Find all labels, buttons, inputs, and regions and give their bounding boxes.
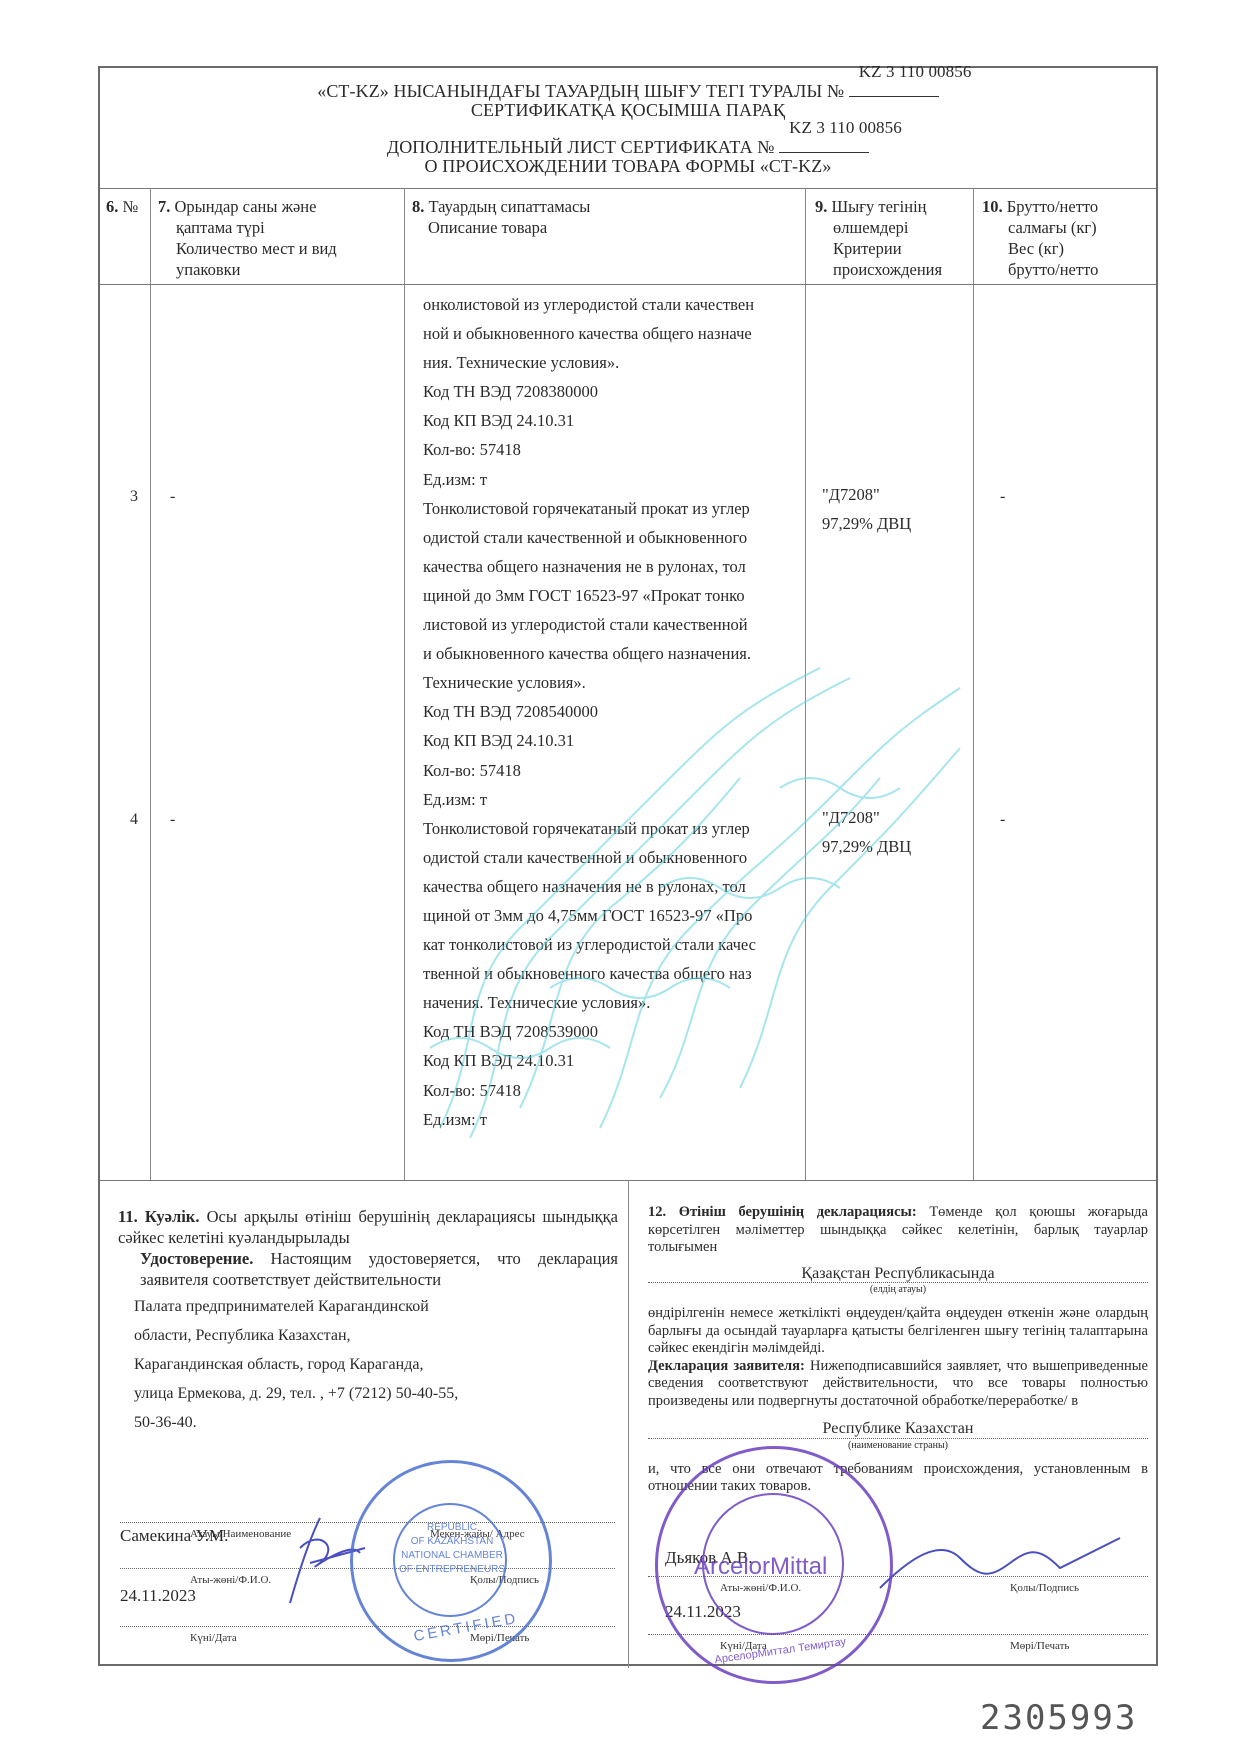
goods-description: онколистовой из углеродистой стали качес… — [423, 290, 803, 1134]
description-line: Ед.изм: т — [423, 1105, 803, 1134]
description-line: твенной и обыкновенного качества общего … — [423, 959, 803, 988]
description-line: Тонколистовой горячекатаный прокат из уг… — [423, 814, 803, 843]
criterion-value: 97,29% ДВЦ — [822, 832, 911, 861]
description-line: качества общего назначения не в рулонах,… — [423, 872, 803, 901]
certification-title-ru: Удостоверение. — [140, 1249, 253, 1268]
title-block: «СТ-KZ» НЫСАНЫНДАҒЫ ТАУАРДЫҢ ШЫҒУ ТЕГІ Т… — [100, 68, 1156, 190]
title-kz-line2: СЕРТИФИКАТҚА ҚОСЫМША ПАРАҚ — [100, 100, 1156, 121]
description-line: онколистовой из углеродистой стали качес… — [423, 290, 803, 319]
header-col8: 8. Тауардың сипаттамасы Описание товара — [412, 196, 792, 238]
chamber-stamp: REPUBLIC OF KAZAKHSTAN NATIONAL CHAMBER … — [350, 1460, 552, 1662]
criterion-value: 97,29% ДВЦ — [822, 509, 911, 538]
description-line: Технические условия». — [423, 668, 803, 697]
description-line: Код ТН ВЭД 7208539000 — [423, 1017, 803, 1046]
description-line: Код КП ВЭД 24.10.31 — [423, 726, 803, 755]
label-country-ru: (наименование страны) — [648, 1438, 1148, 1453]
header-col9: 9. Шығу тегінің өлшемдері Критерии проис… — [815, 196, 965, 280]
certificate-page: «СТ-KZ» НЫСАНЫНДАҒЫ ТАУАРДЫҢ ШЫҒУ ТЕГІ Т… — [98, 66, 1158, 1666]
stamp-text: REPUBLIC OF KAZAKHSTAN NATIONAL CHAMBER … — [397, 1521, 507, 1577]
certification-title-kz: Куәлік. — [145, 1207, 200, 1226]
company-stamp: ArcelorMittal АрселорМиттал Темиртау — [655, 1446, 893, 1684]
title-ru-text: ДОПОЛНИТЕЛЬНЫЙ ЛИСТ СЕРТИФИКАТА № — [387, 137, 775, 157]
description-line: щиной до 3мм ГОСТ 16523-97 «Прокат тонко — [423, 581, 803, 610]
description-line: Код КП ВЭД 24.10.31 — [423, 406, 803, 435]
criterion-code: "Д7208" — [822, 480, 911, 509]
row-packages: - — [170, 811, 175, 829]
column-divider — [805, 188, 806, 1180]
country-ru: Республике Казахстан — [648, 1420, 1148, 1438]
description-line: ния. Технические условия». — [423, 348, 803, 377]
column-divider — [973, 188, 974, 1180]
row-packages: - — [170, 488, 175, 506]
certificate-number-field-ru: KZ 3 110 00856 — [779, 134, 869, 153]
title-kz-text: «СТ-KZ» НЫСАНЫНДАҒЫ ТАУАРДЫҢ ШЫҒУ ТЕГІ Т… — [317, 81, 844, 101]
description-line: ной и обыкновенного качества общего назн… — [423, 319, 803, 348]
description-line: листовой из углеродистой стали качествен… — [423, 610, 803, 639]
description-line: Код ТН ВЭД 7208540000 — [423, 697, 803, 726]
declaration-title-ru: Декларация заявителя: — [648, 1358, 805, 1374]
declaration-box: 12. Өтініш берушінің декларациясы: Төмен… — [648, 1204, 1148, 1496]
label-seal: Мөрі/Печать — [1010, 1640, 1069, 1652]
row-criterion: "Д7208" 97,29% ДВЦ — [822, 803, 911, 861]
declaration-text-kz-2: өндірілгенін немесе жеткілікті өңдеуден/… — [648, 1305, 1148, 1358]
declarant-signature-icon — [870, 1528, 1130, 1598]
row-number: 3 — [130, 488, 138, 506]
description-line: Код ТН ВЭД 7208380000 — [423, 377, 803, 406]
title-ru-line2: О ПРОИСХОЖДЕНИИ ТОВАРА ФОРМЫ «СТ-KZ» — [100, 156, 1156, 177]
row-number: 4 — [130, 811, 138, 829]
header-divider — [100, 284, 1156, 285]
certificate-number-ru: KZ 3 110 00856 — [789, 118, 902, 138]
description-line: одистой стали качественной и обыкновенно… — [423, 523, 803, 552]
address-line: области, Республика Казахстан, — [134, 1321, 618, 1350]
dotted-line — [120, 1626, 615, 1627]
title-kz-line1: «СТ-KZ» НЫСАНЫНДАҒЫ ТАУАРДЫҢ ШЫҒУ ТЕГІ Т… — [100, 78, 1156, 102]
description-line: кат тонколистовой из углеродистой стали … — [423, 930, 803, 959]
description-line: начения. Технические условия». — [423, 988, 803, 1017]
declaration-title-kz: 12. Өтініш берушінің декларациясы: — [648, 1204, 917, 1220]
title-ru-line1: ДОПОЛНИТЕЛЬНЫЙ ЛИСТ СЕРТИФИКАТА № KZ 3 1… — [100, 134, 1156, 158]
description-line: Ед.изм: т — [423, 465, 803, 494]
certificate-number: KZ 3 110 00856 — [859, 62, 972, 82]
certification-date: 24.11.2023 — [120, 1586, 196, 1606]
description-line: Кол-во: 57418 — [423, 756, 803, 785]
address-line: Карагандинская область, город Караганда, — [134, 1350, 618, 1379]
description-line: и обыкновенного качества общего назначен… — [423, 639, 803, 668]
label-country-kz: (елдің атауы) — [648, 1282, 1148, 1297]
certification-box: 11. Куәлік. Осы арқылы өтініш берушінің … — [118, 1206, 618, 1437]
description-line: Кол-во: 57418 — [423, 435, 803, 464]
stamp-brand: ArcelorMittal — [694, 1553, 827, 1581]
row-criterion: "Д7208" 97,29% ДВЦ — [822, 480, 911, 538]
address-line: Палата предпринимателей Карагандинской — [134, 1292, 618, 1321]
row-weight: - — [1000, 811, 1005, 829]
description-line: Код КП ВЭД 24.10.31 — [423, 1046, 803, 1075]
document-serial-number: 2305993 — [980, 1698, 1137, 1738]
country-kz: Қазақстан Республикасында — [648, 1265, 1148, 1283]
description-line: щиной от 3мм до 4,75мм ГОСТ 16523-97 «Пр… — [423, 901, 803, 930]
description-line: Тонколистовой горячекатаный прокат из уг… — [423, 494, 803, 523]
header-col6: 6. № — [106, 196, 138, 217]
stamp-text: АрселорМиттал Темиртау — [714, 1636, 847, 1666]
header-col7: 7. Орындар саны және қаптама түрі Количе… — [158, 196, 398, 280]
description-line: Ед.изм: т — [423, 785, 803, 814]
label-date: Күні/Дата — [190, 1632, 237, 1644]
row-weight: - — [1000, 488, 1005, 506]
column-divider — [404, 188, 405, 1180]
criterion-code: "Д7208" — [822, 803, 911, 832]
signer-name: Самекина У.М. — [120, 1526, 228, 1546]
header-col10: 10. Брутто/нетто салмағы (кг) Вес (кг) б… — [982, 196, 1152, 280]
stamp-certified: CERTIFIED — [412, 1610, 519, 1645]
certificate-number-field: KZ 3 110 00856 — [849, 78, 939, 97]
address-line: улица Ермекова, д. 29, тел. , +7 (7212) … — [134, 1379, 618, 1408]
divider — [100, 188, 1156, 189]
footer-column-divider — [628, 1180, 629, 1668]
description-line: одистой стали качественной и обыкновенно… — [423, 843, 803, 872]
description-line: качества общего назначения не в рулонах,… — [423, 552, 803, 581]
address-line: 50-36-40. — [134, 1408, 618, 1437]
label-fio: Аты-жөні/Ф.И.О. — [190, 1574, 271, 1586]
column-divider — [150, 188, 151, 1180]
description-line: Кол-во: 57418 — [423, 1076, 803, 1105]
